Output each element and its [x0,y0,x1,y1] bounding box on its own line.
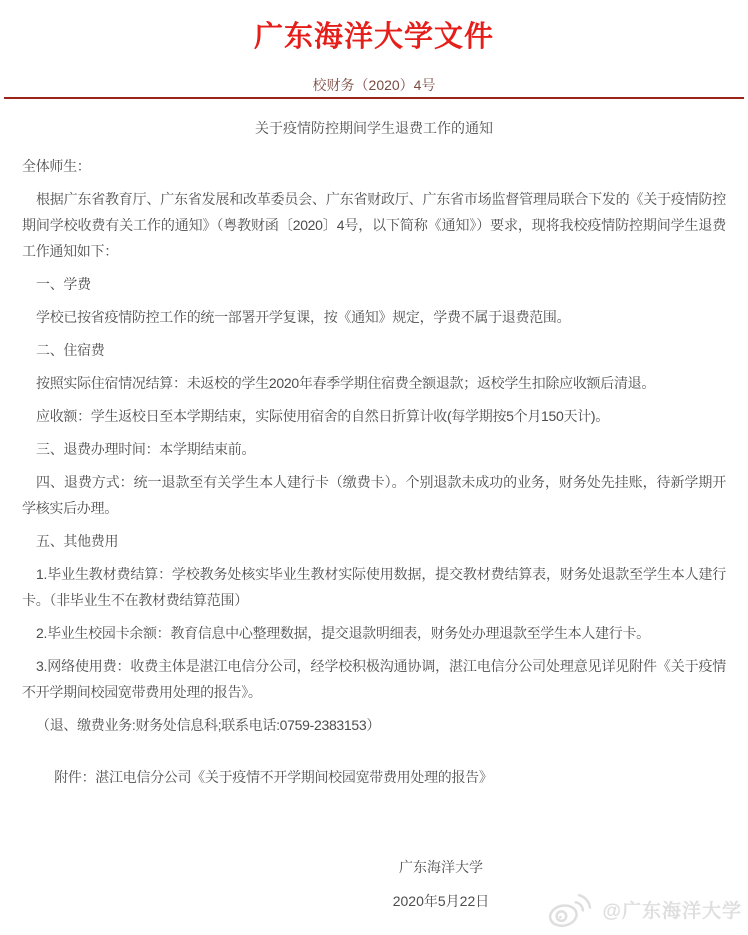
weibo-watermark: @广东海洋大学 [547,889,742,929]
notice-title: 关于疫情防控期间学生退费工作的通知 [0,115,748,141]
paragraph: （退、缴费业务:财务处信息科;联系电话:0759-2383153） [22,712,726,738]
document-org-title: 广东海洋大学文件 [0,16,748,58]
signature-date: 2020年5月22日 [371,888,511,914]
paragraph: 学校已按省疫情防控工作的统一部署开学复课，按《通知》规定，学费不属于退费范围。 [22,304,726,330]
paragraph: 根据广东省教育厅、广东省发展和改革委员会、广东省财政厅、广东省市场监督管理局联合… [22,186,726,264]
paragraph: 应收额：学生返校日至本学期结束，实际使用宿舍的自然日折算计收(每学期按5个月15… [22,403,726,429]
paragraph: 四、退费方式：统一退款至有关学生本人建行卡（缴费卡）。个别退款未成功的业务，财务… [22,469,726,521]
paragraph: 3.网络使用费：收费主体是湛江电信分公司，经学校积极沟通协调，湛江电信分公司处理… [22,653,726,705]
signature-org: 广东海洋大学 [371,854,511,880]
watermark-handle: @广东海洋大学 [602,896,742,923]
paragraph: 附件：湛江电信分公司《关于疫情不开学期间校园宽带费用处理的报告》 [22,764,726,790]
document-body: 全体师生：根据广东省教育厅、广东省发展和改革委员会、广东省财政厅、广东省市场监督… [0,153,748,790]
paragraph: 二、住宿费 [22,337,726,363]
paragraph: 1.毕业生教材费结算：学校教务处核实毕业生教材实际使用数据，提交教材费结算表，财… [22,561,726,613]
paragraph: 三、退费办理时间：本学期结束前。 [22,436,726,462]
paragraph: 按照实际住宿情况结算：未返校的学生2020年春季学期住宿费全额退款；返校学生扣除… [22,370,726,396]
header-divider [4,97,744,99]
weibo-icon [547,889,593,929]
signature-block: 广东海洋大学 2020年5月22日 [371,854,511,914]
paragraph: 全体师生： [22,153,726,179]
document-number: 校财务（2020）4号 [0,76,748,94]
paragraph: 五、其他费用 [22,528,726,554]
paragraph: 2.毕业生校园卡余额：教育信息中心整理数据，提交退款明细表，财务处办理退款至学生… [22,620,726,646]
paragraph: 一、学费 [22,271,726,297]
document-page: 广东海洋大学文件 校财务（2020）4号 关于疫情防控期间学生退费工作的通知 全… [0,0,748,935]
